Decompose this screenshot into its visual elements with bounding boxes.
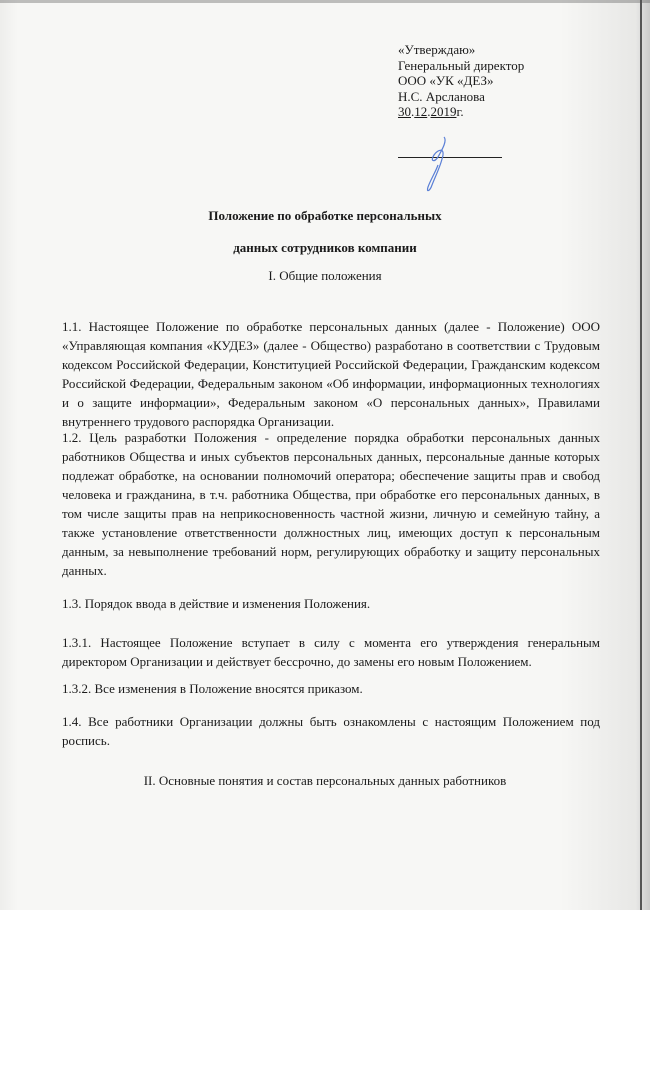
approval-label: «Утверждаю»: [398, 42, 524, 58]
paragraph-1-2: 1.2. Цель разработки Положения - определ…: [62, 428, 600, 580]
approver-position: Генеральный директор: [398, 58, 524, 74]
approver-company: ООО «УК «ДЕЗ»: [398, 73, 524, 89]
date-suffix: г.: [457, 104, 464, 119]
section-heading-2: II. Основные понятия и состав персональн…: [0, 773, 650, 789]
date-day: 30: [398, 104, 411, 119]
paragraph-1-1: 1.1. Настоящее Положение по обработке пе…: [62, 317, 600, 431]
paragraph-1-3-1: 1.3.1. Настоящее Положение вступает в си…: [62, 633, 600, 671]
document-title-line-2: данных сотрудников компании: [0, 240, 650, 256]
date-month: 12: [414, 104, 427, 119]
paragraph-1-4: 1.4. Все работники Организации должны бы…: [62, 712, 600, 750]
paragraph-1-3: 1.3. Порядок ввода в действие и изменени…: [62, 594, 600, 613]
scanned-page: «Утверждаю» Генеральный директор ООО «УК…: [0, 0, 650, 910]
section-heading-1: I. Общие положения: [0, 268, 650, 284]
date-year: 2019: [431, 104, 457, 119]
paragraph-1-3-2: 1.3.2. Все изменения в Положение вносятс…: [62, 679, 600, 698]
signature-icon: [418, 135, 458, 195]
approval-date: 30.12.2019г.: [398, 104, 524, 120]
document-title-line-1: Положение по обработке персональных: [0, 208, 650, 224]
approver-name: Н.С. Арсланова: [398, 89, 524, 105]
approval-block: «Утверждаю» Генеральный директор ООО «УК…: [398, 42, 524, 120]
